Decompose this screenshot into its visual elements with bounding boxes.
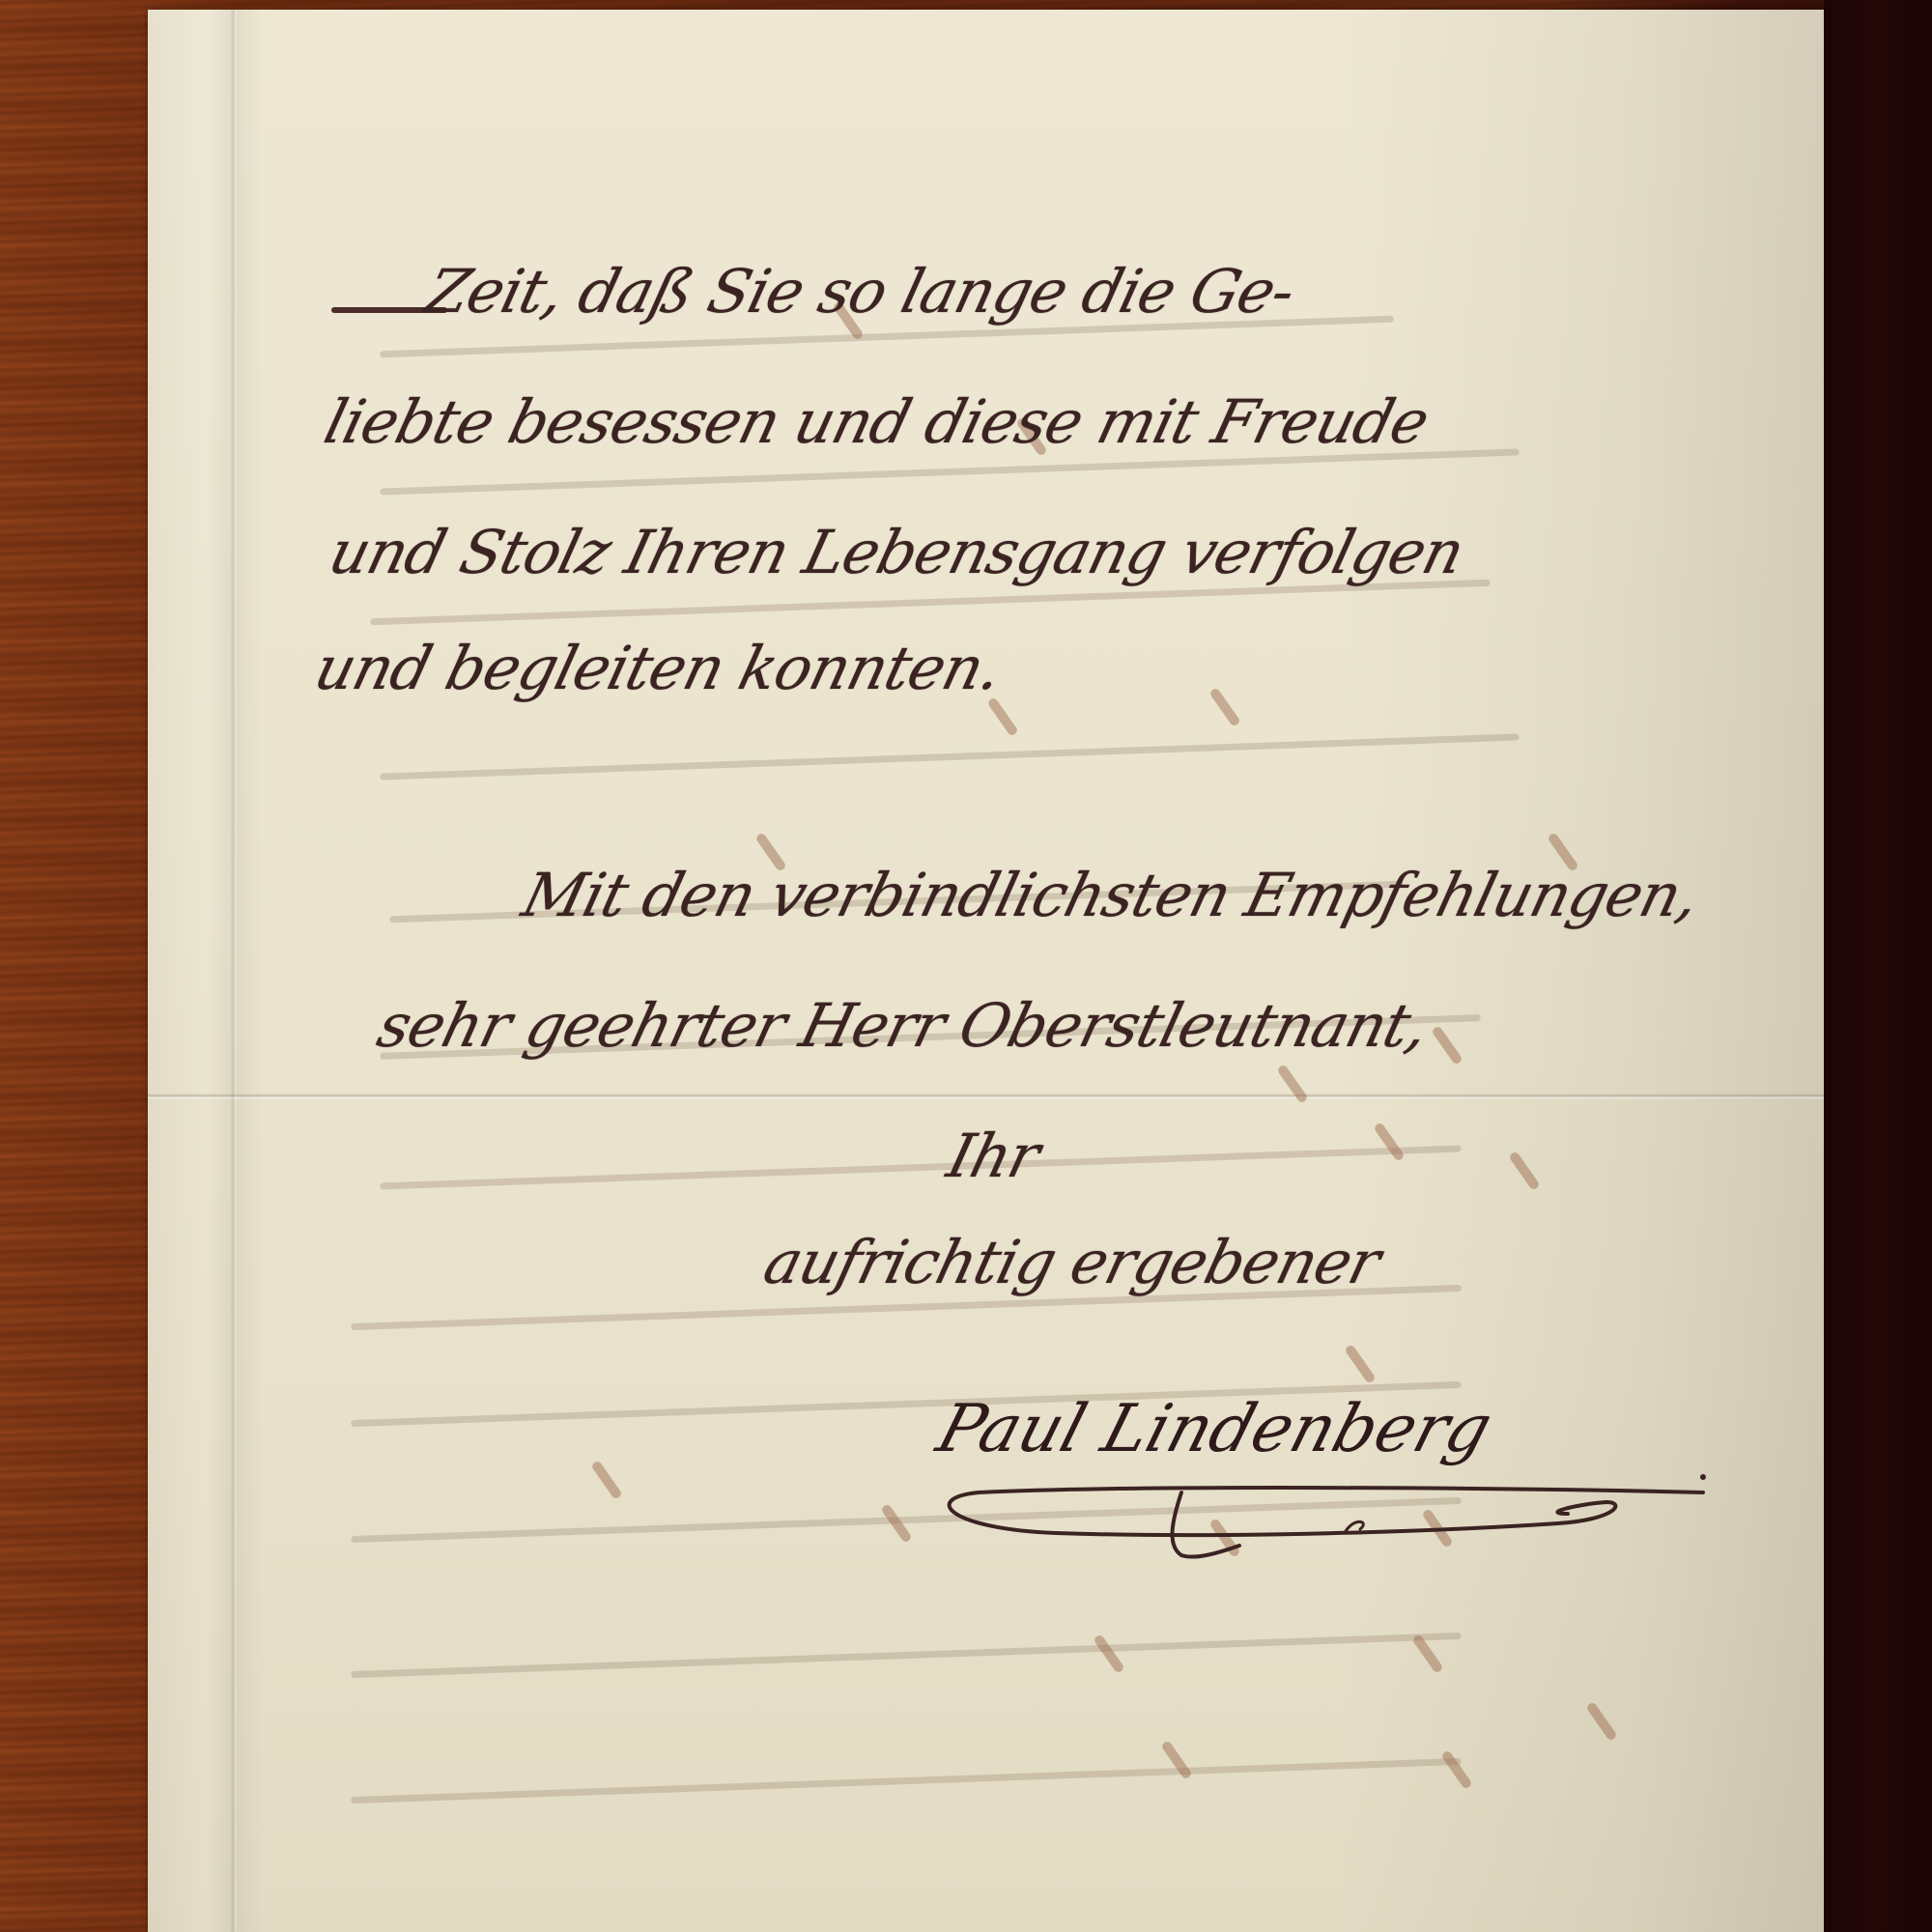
valediction-line-1: Ihr [941,1121,1046,1191]
closing-greeting-line-2: sehr geehrter Herr Oberstleutnant, [371,990,1435,1061]
body-line-3: und Stolz Ihren Lebensgang verfolgen [323,517,1471,587]
paper-shading [1341,10,1824,1932]
paper-fold-vertical [230,10,238,1932]
dark-background-edge [1824,0,1932,1932]
body-line-4: und begleiten konnten. [308,633,1009,703]
signature: Paul Lindenberg [929,1391,1500,1467]
body-line-1: Zeit, daß Sie so lange die Ge- [419,256,1301,327]
valediction-line-2: aufrichtig ergebener [757,1227,1387,1297]
paper-fold-horizontal [148,1094,1824,1099]
closing-greeting-line-1: Mit den verbindlichsten Empfehlungen, [516,860,1706,930]
letter-page: Zeit, daß Sie so lange die Ge- liebte be… [148,10,1824,1932]
body-line-2: liebte besessen und diese mit Freude [318,386,1435,457]
signature-flourish-icon [940,1463,1713,1579]
